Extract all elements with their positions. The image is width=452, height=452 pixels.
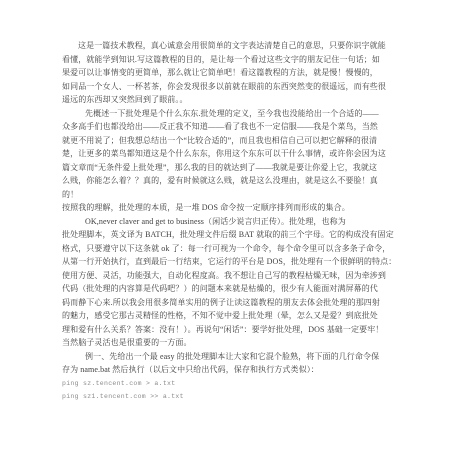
text-line: 码而静下心来.所以我会用很多简单实用的例子让读这篇教程的朋友去体会批处理的那四射	[62, 296, 394, 310]
text-line: 从第一行开始执行，直到最后一行结束，它运行的平台是 DOS，批处理有一个很鲜明的…	[62, 255, 394, 269]
text-line: OK,never claver and get to business（闲话少说…	[62, 215, 394, 229]
document-page: 这是一篇技术教程，真心诚意会用很简单的文字表达清楚自己的意思，只要你识字就能 看…	[0, 0, 452, 452]
text-line: 遥远的东西却又突然回到了眼前。。	[62, 93, 394, 107]
paragraph-batch-explanation: OK,never claver and get to business（闲话少说…	[62, 215, 394, 350]
text-line: 众多高手们也都没给出——反正我不知道——看了我也不一定信服——我是个菜鸟，当然	[62, 120, 394, 134]
paragraph-intro: 这是一篇技术教程，真心诚意会用很简单的文字表达清楚自己的意思，只要你识字就能 看…	[62, 39, 394, 107]
text-line: 这是一篇技术教程，真心诚意会用很简单的文字表达清楚自己的意思，只要你识字就能	[62, 39, 394, 53]
text-line: 例一、先给出一个最 easy 的批处理脚本让大家和它混个脸熟，将下面的几行命令保	[62, 350, 394, 364]
text-line: 批处理脚本，英文译为 BATCH，批处理文件后缀 BAT 就取的前三个字母。它的…	[62, 228, 394, 242]
text-line: 按照我的理解，批处理的本质，是一堆 DOS 命令按一定顺序排列而形成的集合。	[62, 201, 394, 215]
text-line: 格式，只要遵守以下这条就 ok 了：每一行可视为一个命令，每个命令里可以含多条子…	[62, 242, 394, 256]
text-line: 如同品一个女人、一杯茗茶，你会发现很多以前就在眼前的东西突然变的很遥远，而有些很	[62, 80, 394, 94]
text-line: 代码（批处理的内容算是代码吧？）的问题本来就是枯燥的，很少有人能面对满屏幕的代	[62, 282, 394, 296]
text-line: 使用方便、灵活，功能强大，自动化程度高。我不想让自己写的教程枯燥无味，因为牵涉到	[62, 269, 394, 283]
paragraph-definition: 先概述一下批处理是个什么东东.批处理的定义，至今我也没能给出一个合适的—— 众多…	[62, 107, 394, 202]
text-line: 就更不用说了；但我想总结出一个“比较合适的”，而且我也相信自己可以把它解释的很清	[62, 134, 394, 148]
text-line: 楚，让更多的菜鸟都知道这是个什么东东，你用这个东东可以干什么事情，或许你会因为这	[62, 147, 394, 161]
text-block: 这是一篇技术教程，真心诚意会用很简单的文字表达清楚自己的意思，只要你识字就能 看…	[62, 39, 394, 404]
text-line: 的！	[62, 188, 394, 202]
code-line: ping sz.tencent.com > a.txt	[62, 377, 394, 391]
text-line: 的魅力，感受它那古灵精怪的性格，不知不觉中爱上批处理（晕，怎么又是爱？到底批处	[62, 309, 394, 323]
text-line: 存为 name.bat 然后执行（以后文中只给出代码，保存和执行方式类似）：	[62, 363, 394, 377]
text-line: 先概述一下批处理是个什么东东.批处理的定义，至今我也没能给出一个合适的——	[62, 107, 394, 121]
paragraph-essence: 按照我的理解，批处理的本质，是一堆 DOS 命令按一定顺序排列而形成的集合。	[62, 201, 394, 215]
text-line: 么贱，你能怎么着？？真的，爱有时候就这么贱，就是这么没理由，就是这么不要脸！真	[62, 174, 394, 188]
text-line: 理和爱有什么关系？答案：没有！）。再说句“闲话”：要学好批处理，DOS 基础一定…	[62, 323, 394, 337]
text-line: 果爱可以让事情变的更简单，那么就让它简单吧！看这篇教程的方法，就是慢！慢慢的，	[62, 66, 394, 80]
code-block: ping sz.tencent.com > a.txt ping sz1.ten…	[62, 377, 394, 404]
text-line: 当然脑子灵活也是很重要的一方面。	[62, 336, 394, 350]
text-line: 看懂，就能学到知识.写这篇教程的目的，是让每一个看过这些文字的朋友记住一句话；如	[62, 53, 394, 67]
text-line: 篇文章而“无条件爱上批处理”，那么我的目的就达到了——我就是要让你爱上它，我就这	[62, 161, 394, 175]
code-line: ping sz1.tencent.com >> a.txt	[62, 390, 394, 404]
paragraph-example-intro: 例一、先给出一个最 easy 的批处理脚本让大家和它混个脸熟，将下面的几行命令保…	[62, 350, 394, 377]
